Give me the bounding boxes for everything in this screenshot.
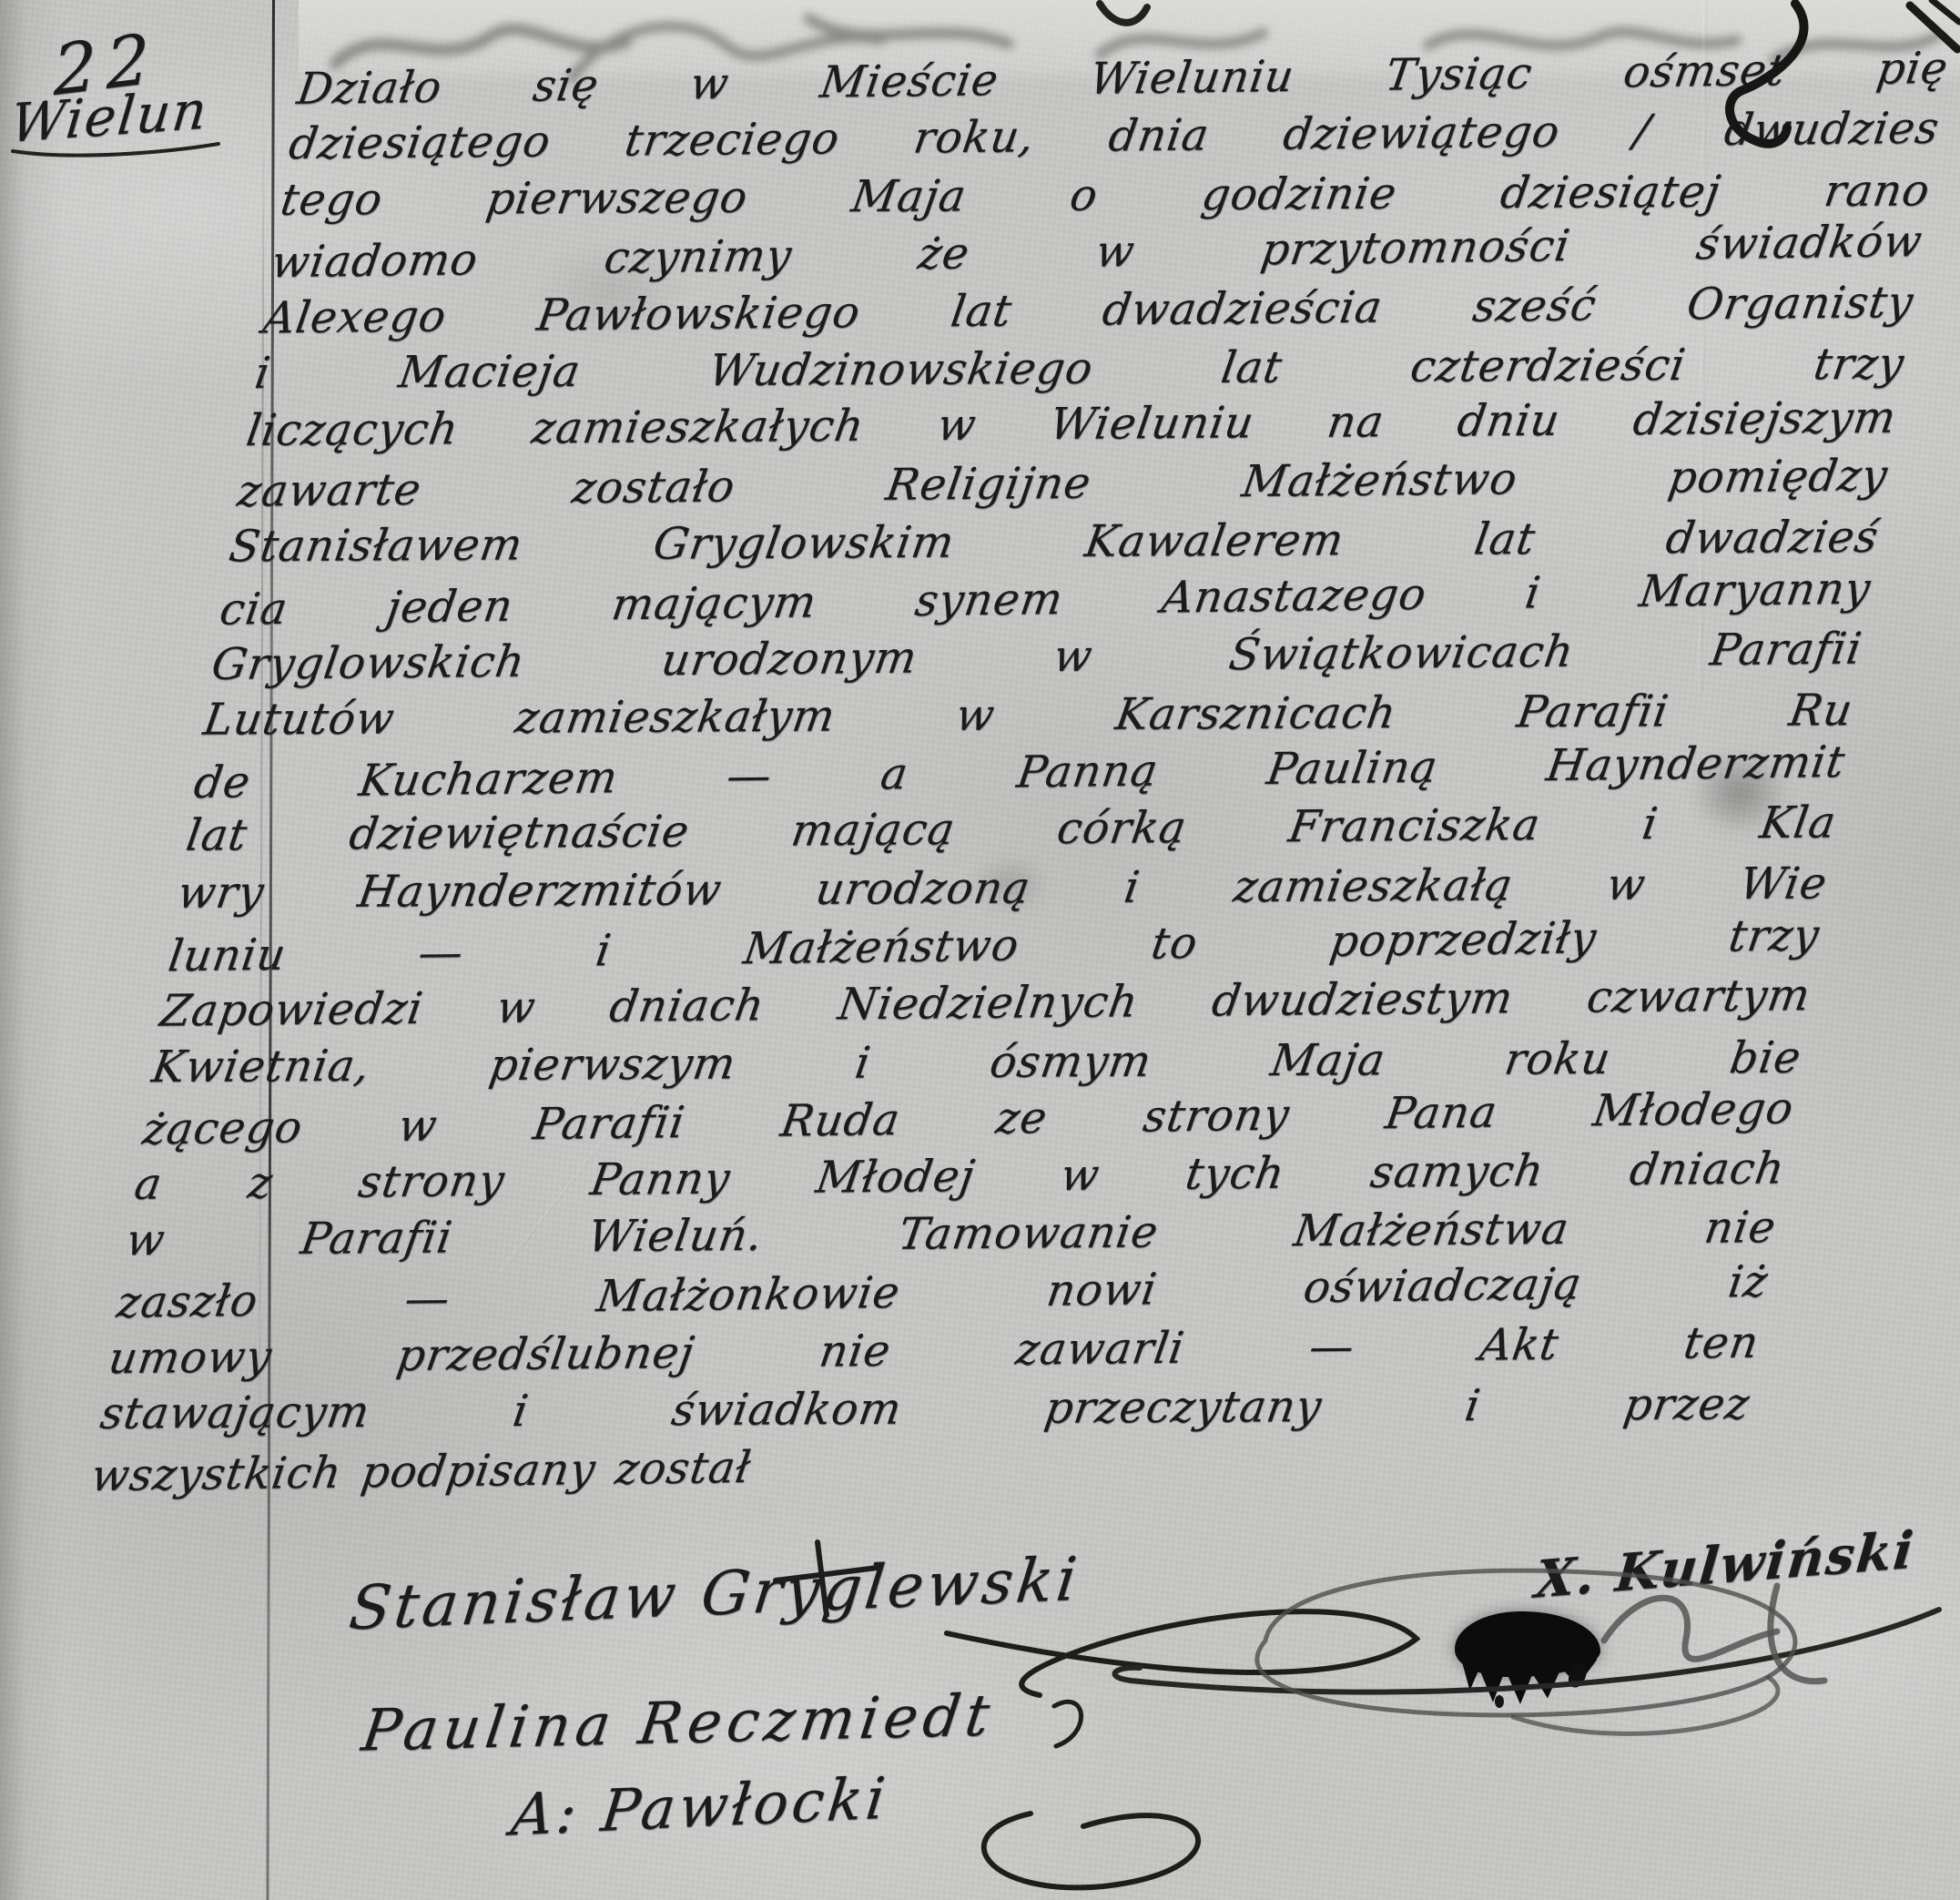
flourish-overlay <box>0 0 1960 1900</box>
registry-record-page: 22 Wielun Działo się w Mieście Wieluniu … <box>0 0 1960 1900</box>
